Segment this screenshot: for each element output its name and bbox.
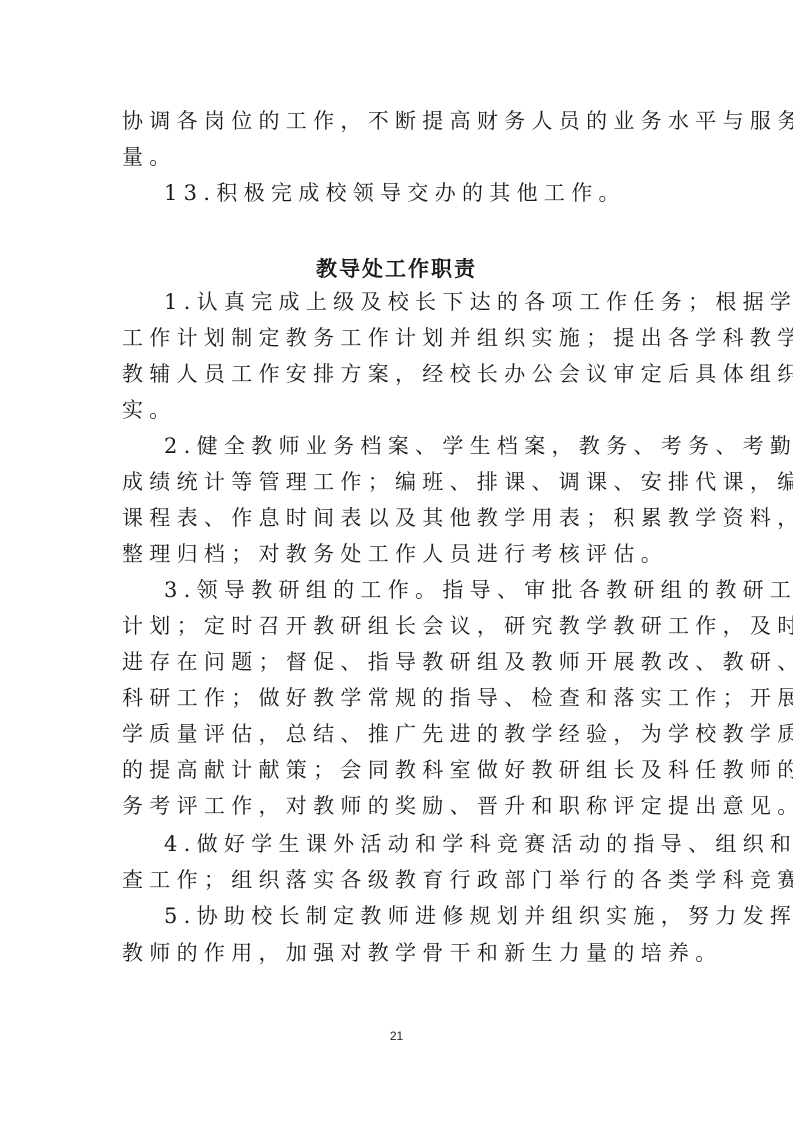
paragraph-line: 科研工作；做好教学常规的指导、检查和落实工作；开展教: [122, 683, 682, 713]
paragraph-line: 整理归档；对教务处工作人员进行考核评估。: [122, 539, 682, 569]
paragraph-line: 成绩统计等管理工作；编班、排课、调课、安排代课，编制: [122, 467, 682, 497]
paragraph-line: 计划；定时召开教研组长会议，研究教学教研工作，及时改: [122, 611, 682, 641]
paragraph-line: 量。: [122, 142, 682, 172]
section-title: 教导处工作职责: [0, 254, 793, 284]
paragraph-line: 13.积极完成校领导交办的其他工作。: [164, 178, 724, 208]
paragraph-line: 学质量评估，总结、推广先进的教学经验，为学校教学质量: [122, 719, 682, 749]
paragraph-line: 5.协助校长制定教师进修规划并组织实施，努力发挥老: [164, 901, 724, 931]
paragraph-line: 查工作；组织落实各级教育行政部门举行的各类学科竞赛。: [122, 865, 682, 895]
paragraph-line: 3.领导教研组的工作。指导、审批各教研组的教研工作: [164, 575, 724, 605]
paragraph-line: 2.健全教师业务档案、学生档案，教务、考务、考勤、: [164, 431, 724, 461]
paragraph-line: 课程表、作息时间表以及其他教学用表；积累教学资料，并: [122, 503, 682, 533]
paragraph-line: 协调各岗位的工作，不断提高财务人员的业务水平与服务质: [122, 106, 682, 136]
page-number: 21: [0, 1027, 793, 1045]
paragraph-line: 实。: [122, 395, 682, 425]
paragraph-line: 务考评工作，对教师的奖励、晋升和职称评定提出意见。: [122, 791, 682, 821]
paragraph-line: 工作计划制定教务工作计划并组织实施；提出各学科教学、: [122, 323, 682, 353]
paragraph-line: 教师的作用，加强对教学骨干和新生力量的培养。: [122, 938, 682, 968]
paragraph-line: 4.做好学生课外活动和学科竞赛活动的指导、组织和检: [164, 829, 724, 859]
paragraph-line: 的提高献计献策；会同教科室做好教研组长及科任教师的业: [122, 755, 682, 785]
paragraph-line: 1.认真完成上级及校长下达的各项工作任务；根据学校: [164, 287, 724, 317]
paragraph-line: 进存在问题；督促、指导教研组及教师开展教改、教研、教: [122, 647, 682, 677]
paragraph-line: 教辅人员工作安排方案，经校长办公会议审定后具体组织落: [122, 359, 682, 389]
document-page: 协调各岗位的工作，不断提高财务人员的业务水平与服务质 量。 13.积极完成校领导…: [0, 0, 793, 1122]
